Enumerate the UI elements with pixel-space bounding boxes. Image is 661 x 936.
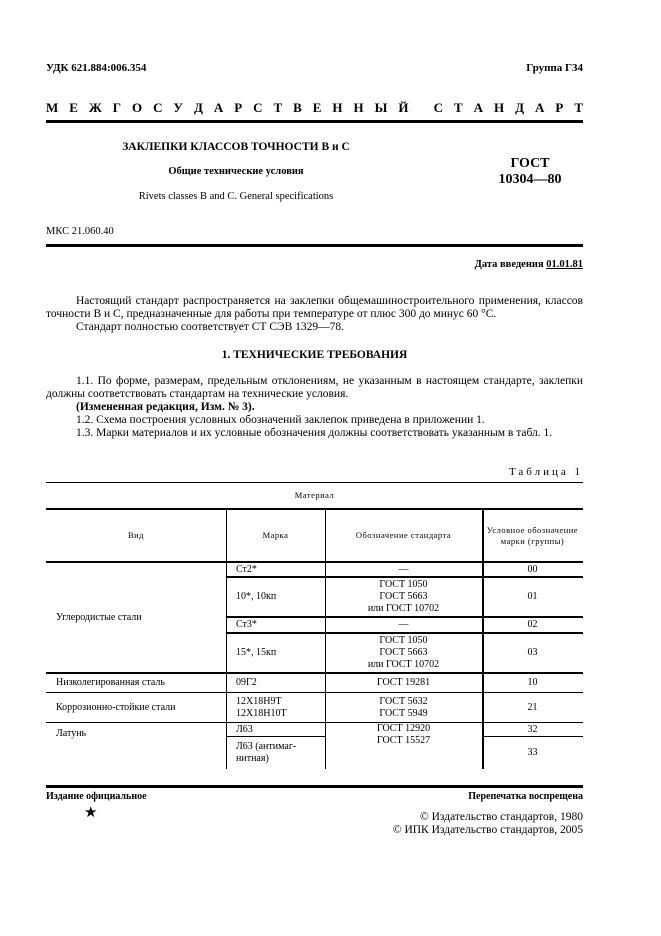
cell-standard: ГОСТ 1050 ГОСТ 5663 или ГОСТ 10702 — [325, 633, 482, 673]
banner-letter: Р — [234, 100, 242, 116]
table-rule — [482, 736, 583, 737]
banner-letter: Г — [113, 100, 121, 116]
cell-vid: Низколегированная сталь — [46, 673, 226, 693]
banner-gap — [419, 100, 422, 116]
cell-marka: Л63 — [226, 723, 325, 737]
cell-vid: Коррозионно-стойкие стали — [46, 693, 226, 723]
banner-letter: Н — [354, 100, 364, 116]
copyright-2005: © ИПК Издательство стандартов, 2005 — [393, 824, 583, 837]
banner-letter: Ы — [375, 100, 388, 116]
cell-standard: ГОСТ 5632 ГОСТ 5949 — [325, 693, 482, 723]
banner-letter: Д — [194, 100, 203, 116]
cell-code: 00 — [482, 563, 583, 577]
document-title-english: Rivets classes B and C. General specific… — [46, 191, 426, 202]
banner-letter: М — [46, 100, 58, 116]
banner-letter: С — [253, 100, 262, 116]
cell-marka: 09Г2 — [226, 673, 325, 693]
cell-marka: 12Х18Н9Т 12Х18Н10Т — [226, 693, 325, 723]
cell-standard: ГОСТ 19281 — [325, 673, 482, 693]
banner-letter: С — [153, 100, 162, 116]
mks-code: МКС 21.060.40 — [46, 226, 114, 237]
banner-letter: Й — [398, 100, 408, 116]
copyright-1980: © Издательство стандартов, 1980 — [393, 811, 583, 824]
document-title: ЗАКЛЕПКИ КЛАССОВ ТОЧНОСТИ В и С — [46, 141, 426, 153]
intro-paragraph: Настоящий стандарт распространяется на з… — [46, 295, 583, 321]
amendment-note: (Измененная редакция, Изм. № 3). — [46, 401, 583, 414]
cell-code: 32 — [482, 723, 583, 737]
group-code: Группа Г34 — [526, 62, 583, 74]
cell-code: 10 — [482, 673, 583, 693]
banner-letter: Р — [555, 100, 563, 116]
table-rule — [226, 736, 325, 737]
banner-letter: Т — [574, 100, 583, 116]
banner-letter: Е — [313, 100, 322, 116]
cell-marka: 15*, 15кп — [226, 633, 325, 673]
cell-vid: Углеродистые стали — [46, 563, 226, 673]
footer-rule — [46, 785, 583, 788]
cell-code: 21 — [482, 693, 583, 723]
cell-marka: Ст2* — [226, 563, 325, 577]
cell-code: 03 — [482, 633, 583, 673]
banner-letter: Е — [69, 100, 78, 116]
banner-letter: Ж — [89, 100, 102, 116]
table-column-rule — [482, 509, 484, 769]
gost-label: ГОСТ — [470, 156, 590, 172]
banner-letter: С — [434, 100, 443, 116]
standard-banner: МЕЖГОСУДАРСТВЕННЫЙ СТАНДАРТ — [46, 100, 583, 116]
gost-designation: ГОСТ 10304—80 — [470, 156, 590, 188]
cell-code: 02 — [482, 617, 583, 633]
banner-letter: У — [173, 100, 183, 116]
table-column-rule — [325, 509, 326, 769]
clause-1-2: 1.2. Схема построения условных обозначен… — [46, 414, 583, 427]
intro-date: Дата введения 01.01.81 — [475, 259, 583, 270]
cell-marka: Ст3* — [226, 617, 325, 633]
table-group-header: Материал — [46, 483, 583, 508]
cell-marka: Л63 (антимаг- нитная) — [226, 737, 325, 769]
section-heading: 1. ТЕХНИЧЕСКИЕ ТРЕБОВАНИЯ — [46, 349, 583, 361]
cell-standard: ГОСТ 12920 ГОСТ 15527 — [325, 723, 482, 747]
table-column-rule — [226, 509, 227, 769]
banner-letter: А — [535, 100, 544, 116]
cell-code: 01 — [482, 577, 583, 617]
star-icon: ★ — [84, 803, 97, 822]
intro-date-label: Дата введения — [475, 259, 544, 270]
banner-letter: В — [293, 100, 302, 116]
banner-letter: А — [214, 100, 223, 116]
table-caption: Таблица 1 — [509, 466, 583, 478]
column-header-vid: Вид — [46, 510, 226, 561]
gost-number: 10304—80 — [470, 172, 590, 188]
clause-1-3: 1.3. Марки материалов и их условные обоз… — [46, 427, 583, 440]
banner-letter: О — [132, 100, 142, 116]
document-subtitle: Общие технические условия — [46, 166, 426, 177]
banner-letter: Т — [454, 100, 463, 116]
cell-standard: — — [325, 617, 482, 633]
column-header-standard: Обозначение стандарта — [325, 510, 482, 561]
column-header-code: Условное обозначение марки (группы) — [482, 510, 583, 561]
cell-code: 33 — [482, 737, 583, 769]
column-header-marka: Марка — [226, 510, 325, 561]
cell-marka: 10*, 10кп — [226, 577, 325, 617]
copyright: © Издательство стандартов, 1980 © ИПК Из… — [393, 811, 583, 837]
official-edition: Издание официальное — [46, 791, 147, 802]
banner-letter: Н — [494, 100, 504, 116]
cell-standard: ГОСТ 1050 ГОСТ 5663 или ГОСТ 10702 — [325, 577, 482, 617]
banner-letter: А — [474, 100, 483, 116]
clause-1-1: 1.1. По форме, размерам, предельным откл… — [46, 375, 583, 401]
intro-date-value: 01.01.81 — [546, 259, 583, 270]
banner-letter: Н — [332, 100, 342, 116]
cell-vid: Латунь — [46, 723, 226, 745]
title-rule — [46, 244, 583, 247]
banner-letter: Т — [274, 100, 283, 116]
reprint-prohibited: Перепечатка воспрещена — [468, 791, 583, 802]
intro-compliance: Стандарт полностью соответствует СТ СЭВ … — [46, 321, 583, 334]
udk-code: УДК 621.884:006.354 — [46, 62, 146, 74]
cell-standard: — — [325, 563, 482, 577]
banner-letter: Д — [515, 100, 524, 116]
banner-rule — [46, 120, 583, 123]
